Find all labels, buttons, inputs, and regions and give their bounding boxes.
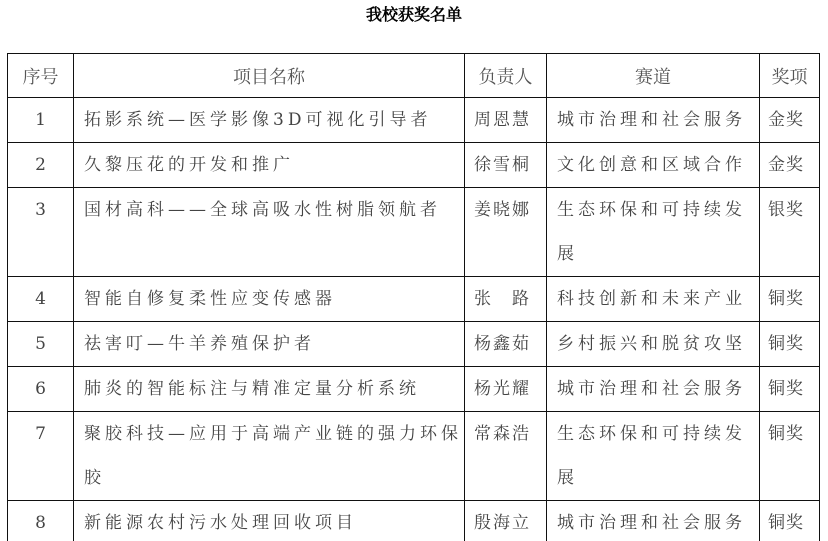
project-leader: 杨光耀 (465, 367, 546, 411)
project-leader: 周恩慧 (465, 98, 546, 142)
row-number: 4 (8, 277, 73, 321)
competition-track: 城市治理和社会服务 (547, 501, 759, 541)
project-leader-cell: 姜晓娜 (465, 188, 547, 277)
award-level-cell: 铜奖 (760, 367, 820, 412)
award-level-cell: 金奖 (760, 98, 820, 143)
competition-track: 生态环保和可持续发展 (547, 188, 759, 276)
project-leader-cell: 张 路 (465, 277, 547, 322)
project-name: 新能源农村污水处理回收项目 (74, 501, 464, 541)
awards-table: 序号 项目名称 负责人 赛道 奖项 1拓影系统—医学影像3D可视化引导者周恩慧城… (7, 53, 820, 541)
project-leader: 殷海立 (465, 501, 546, 541)
award-level: 铜奖 (760, 412, 819, 456)
award-level-cell: 金奖 (760, 143, 820, 188)
row-number-cell: 1 (8, 98, 74, 143)
row-number: 3 (8, 188, 73, 232)
project-leader: 姜晓娜 (465, 188, 546, 232)
project-name: 久黎压花的开发和推广 (74, 143, 464, 187)
award-level: 铜奖 (760, 277, 819, 321)
table-row: 8新能源农村污水处理回收项目殷海立城市治理和社会服务铜奖 (8, 501, 820, 541)
table-row: 2久黎压花的开发和推广徐雪桐文化创意和区域合作金奖 (8, 143, 820, 188)
row-number-cell: 6 (8, 367, 74, 412)
competition-track-cell: 城市治理和社会服务 (547, 501, 760, 541)
award-level: 金奖 (760, 98, 819, 142)
award-level: 金奖 (760, 143, 819, 187)
competition-track-cell: 生态环保和可持续发展 (547, 412, 760, 501)
row-number: 5 (8, 322, 73, 366)
competition-track-cell: 生态环保和可持续发展 (547, 188, 760, 277)
project-name: 拓影系统—医学影像3D可视化引导者 (74, 98, 464, 142)
project-name: 国材高科——全球高吸水性树脂领航者 (74, 188, 464, 232)
competition-track-cell: 城市治理和社会服务 (547, 367, 760, 412)
project-name-cell: 聚胶科技—应用于高端产业链的强力环保胶 (74, 412, 465, 501)
row-number-cell: 5 (8, 322, 74, 367)
project-name: 智能自修复柔性应变传感器 (74, 277, 464, 321)
award-level: 铜奖 (760, 322, 819, 366)
header-project: 项目名称 (74, 54, 465, 98)
competition-track-cell: 乡村振兴和脱贫攻坚 (547, 322, 760, 367)
row-number: 1 (8, 98, 73, 142)
project-name-cell: 祛害叮—牛羊养殖保护者 (74, 322, 465, 367)
project-name-cell: 国材高科——全球高吸水性树脂领航者 (74, 188, 465, 277)
table-row: 1拓影系统—医学影像3D可视化引导者周恩慧城市治理和社会服务金奖 (8, 98, 820, 143)
table-row: 4智能自修复柔性应变传感器张 路科技创新和未来产业铜奖 (8, 277, 820, 322)
project-leader: 徐雪桐 (465, 143, 546, 187)
project-name-cell: 拓影系统—医学影像3D可视化引导者 (74, 98, 465, 143)
table-header-row: 序号 项目名称 负责人 赛道 奖项 (8, 54, 820, 98)
award-level: 铜奖 (760, 367, 819, 411)
project-leader: 常森浩 (465, 412, 546, 456)
header-track: 赛道 (547, 54, 760, 98)
row-number: 6 (8, 367, 73, 411)
award-level-cell: 铜奖 (760, 501, 820, 541)
table-row: 3国材高科——全球高吸水性树脂领航者姜晓娜生态环保和可持续发展银奖 (8, 188, 820, 277)
row-number-cell: 2 (8, 143, 74, 188)
project-leader: 杨鑫茹 (465, 322, 546, 366)
project-leader-cell: 杨光耀 (465, 367, 547, 412)
competition-track-cell: 城市治理和社会服务 (547, 98, 760, 143)
project-leader-cell: 周恩慧 (465, 98, 547, 143)
competition-track-cell: 文化创意和区域合作 (547, 143, 760, 188)
project-name: 祛害叮—牛羊养殖保护者 (74, 322, 464, 366)
competition-track: 文化创意和区域合作 (547, 143, 759, 187)
table-row: 7聚胶科技—应用于高端产业链的强力环保胶常森浩生态环保和可持续发展铜奖 (8, 412, 820, 501)
row-number-cell: 4 (8, 277, 74, 322)
award-level-cell: 铜奖 (760, 412, 820, 501)
project-leader: 张 路 (465, 277, 546, 321)
project-name-cell: 新能源农村污水处理回收项目 (74, 501, 465, 541)
row-number-cell: 3 (8, 188, 74, 277)
header-no: 序号 (8, 54, 74, 98)
table-row: 6肺炎的智能标注与精准定量分析系统杨光耀城市治理和社会服务铜奖 (8, 367, 820, 412)
project-leader-cell: 杨鑫茹 (465, 322, 547, 367)
competition-track: 城市治理和社会服务 (547, 98, 759, 142)
project-name: 肺炎的智能标注与精准定量分析系统 (74, 367, 464, 411)
competition-track: 科技创新和未来产业 (547, 277, 759, 321)
award-level-cell: 铜奖 (760, 277, 820, 322)
project-name: 聚胶科技—应用于高端产业链的强力环保胶 (74, 412, 464, 500)
award-level: 铜奖 (760, 501, 819, 541)
award-level: 银奖 (760, 188, 819, 232)
header-leader: 负责人 (465, 54, 547, 98)
row-number: 2 (8, 143, 73, 187)
project-name-cell: 久黎压花的开发和推广 (74, 143, 465, 188)
project-leader-cell: 殷海立 (465, 501, 547, 541)
competition-track-cell: 科技创新和未来产业 (547, 277, 760, 322)
row-number-cell: 8 (8, 501, 74, 541)
award-level-cell: 银奖 (760, 188, 820, 277)
row-number-cell: 7 (8, 412, 74, 501)
competition-track: 生态环保和可持续发展 (547, 412, 759, 500)
project-name-cell: 智能自修复柔性应变传感器 (74, 277, 465, 322)
header-award: 奖项 (760, 54, 820, 98)
row-number: 7 (8, 412, 73, 456)
document-title: 我校获奖名单 (0, 2, 828, 25)
award-level-cell: 铜奖 (760, 322, 820, 367)
competition-track: 乡村振兴和脱贫攻坚 (547, 322, 759, 366)
competition-track: 城市治理和社会服务 (547, 367, 759, 411)
table-row: 5祛害叮—牛羊养殖保护者杨鑫茹乡村振兴和脱贫攻坚铜奖 (8, 322, 820, 367)
row-number: 8 (8, 501, 73, 541)
project-name-cell: 肺炎的智能标注与精准定量分析系统 (74, 367, 465, 412)
project-leader-cell: 常森浩 (465, 412, 547, 501)
project-leader-cell: 徐雪桐 (465, 143, 547, 188)
